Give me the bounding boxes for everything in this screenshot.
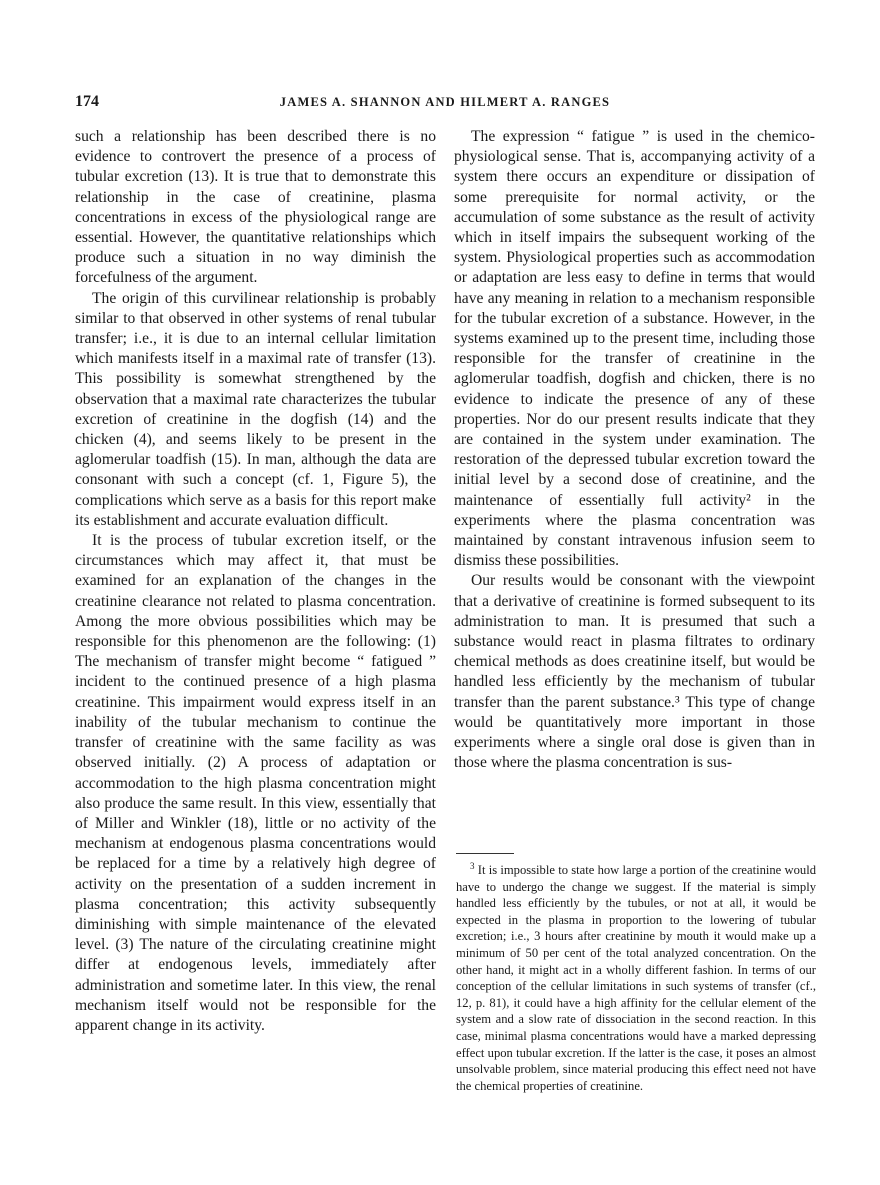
running-head: JAMES A. SHANNON AND HILMERT A. RANGES: [75, 95, 815, 110]
left-column: such a relationship has been described t…: [75, 127, 436, 1036]
footnote-divider: [456, 853, 514, 854]
right-column: The expression “ fatigue ” is used in th…: [454, 127, 815, 774]
footnote-text: It is impossible to state how large a po…: [456, 863, 816, 1093]
page-header: 174 JAMES A. SHANNON AND HILMERT A. RANG…: [75, 93, 815, 115]
paragraph: The expression “ fatigue ” is used in th…: [454, 127, 815, 571]
paragraph: It is the process of tubular excretion i…: [75, 531, 436, 1036]
paragraph: The origin of this curvilinear relations…: [75, 289, 436, 531]
footnote-marker: 3: [470, 861, 475, 871]
paragraph: such a relationship has been described t…: [75, 127, 436, 289]
footnote-3: 3 It is impossible to state how large a …: [456, 862, 816, 1094]
footnotes: 3 It is impossible to state how large a …: [456, 862, 816, 1094]
paragraph: Our results would be consonant with the …: [454, 571, 815, 773]
